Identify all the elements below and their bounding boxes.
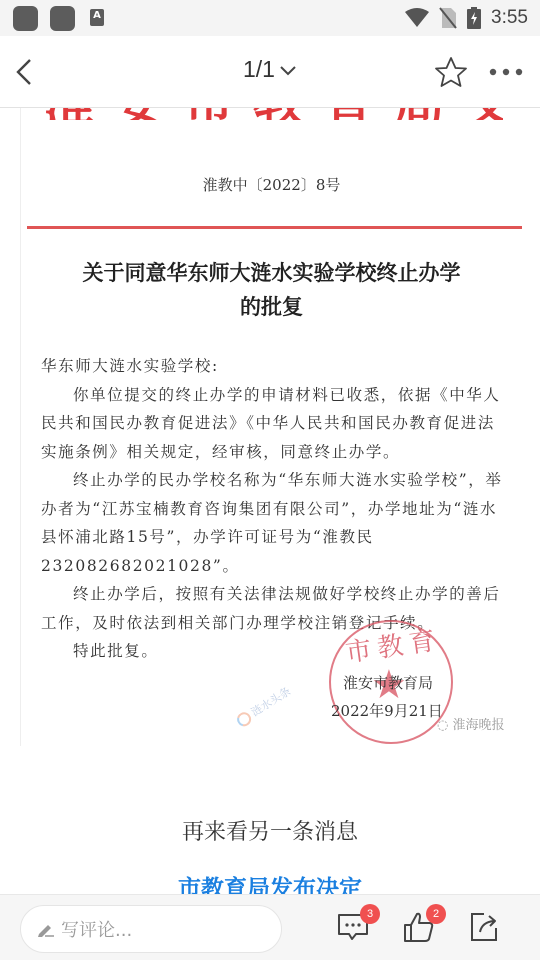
watermark-right: ◌ 淮海晚报 (437, 714, 505, 733)
chevron-down-icon (279, 65, 297, 77)
pencil-icon (37, 921, 55, 937)
page-indicator: 1/1 (243, 56, 275, 82)
star-icon[interactable] (434, 56, 468, 88)
like-count-badge: 2 (426, 904, 446, 924)
top-nav-bar: 1/1 (0, 36, 540, 108)
paragraph: 你单位提交的终止办学的申请材料已收悉，依据《中华人民共和国民办教育促进法》《中华… (41, 381, 511, 467)
more-dots-icon[interactable] (488, 66, 524, 78)
app-notification-icon (13, 6, 38, 31)
article-subheading: 市教育局发布决定 (0, 870, 540, 896)
comment-input[interactable]: 写评论... (20, 905, 282, 953)
no-sim-icon (439, 7, 457, 29)
accessibility-a-icon: A (90, 9, 104, 26)
wifi-icon (405, 8, 429, 28)
bottom-action-bar: 写评论... 3 2 (0, 894, 540, 960)
document-body: 华东师大涟水实验学校: 你单位提交的终止办学的申请材料已收悉，依据《中华人民共和… (41, 352, 511, 666)
document-image[interactable]: 淮安市教育局文件 淮教中〔2022〕8号 关于同意华东师大涟水实验学校终止办学 … (20, 90, 522, 746)
signatory: 淮安市教育局 (343, 672, 433, 693)
wechat-icon: ◌ (437, 718, 452, 733)
paragraph: 终止办学的民办学校名称为“华东师大涟水实验学校”，举办者为“江苏宝楠教育咨询集团… (41, 466, 511, 580)
app-notification-icon (50, 6, 75, 31)
paragraph: 终止办学后，按照有关法律法规做好学校终止办学的善后工作，及时依法到相关部门办理学… (41, 580, 511, 637)
battery-charging-icon (467, 7, 481, 29)
clock: 3:55 (491, 7, 528, 29)
salutation: 华东师大涟水实验学校: (41, 352, 511, 381)
comment-placeholder: 写评论... (61, 916, 132, 942)
status-bar: A 3:55 (0, 0, 540, 36)
article-text: 再来看另一条消息 (0, 815, 540, 846)
watermark-left: 涟水头条 (233, 683, 293, 729)
share-icon (468, 910, 502, 944)
share-button[interactable] (468, 910, 502, 944)
comment-count-badge: 3 (360, 904, 380, 924)
red-divider (27, 226, 522, 229)
document-date: 2022年9月21日 (331, 700, 443, 721)
comments-button[interactable]: 3 (336, 910, 370, 944)
reference-number: 淮教中〔2022〕8号 (21, 174, 522, 195)
like-button[interactable]: 2 (402, 910, 436, 944)
document-title: 关于同意华东师大涟水实验学校终止办学 的批复 (21, 256, 522, 324)
